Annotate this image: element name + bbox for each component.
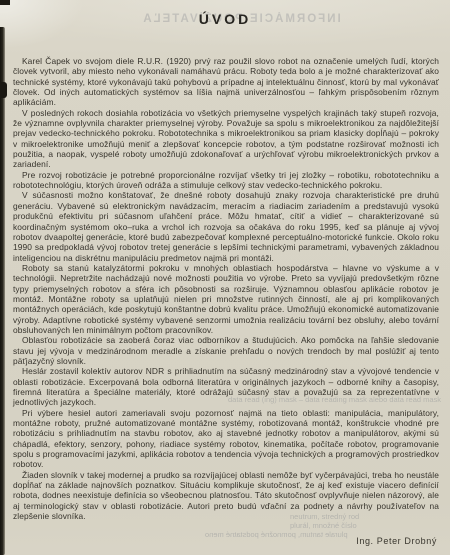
scanned-book-page: INFORMÁCIE POUŽÍVATEĽA ÚVOD Karel Čapek … [0, 0, 450, 555]
page-title: ÚVOD [0, 11, 450, 27]
author-signature: Ing. Peter Drobný [356, 536, 437, 546]
paragraph-second-generation: V súčasnosti možno konštatovať, že dnešn… [13, 190, 439, 262]
scan-left-edge [0, 27, 5, 555]
paragraph-entry-selection: Pri výbere hesiel autori zameriavali svo… [13, 408, 439, 470]
paragraph-robotization-growth: V posledných rokoch dosiahla robotizácia… [13, 108, 439, 170]
paragraph-three-components: Pre rozvoj robotizácie je potrebné propo… [13, 170, 439, 191]
scan-corner-mark [0, 0, 10, 5]
paragraph-ndr-authors: Heslár zostavil kolektív autorov NDR s p… [13, 366, 439, 407]
paragraph-dictionary-purpose: Oblasťou robotizácie sa zaoberá čoraz vi… [13, 335, 439, 366]
paragraph-capek-origin: Karel Čapek vo svojom diele R.U.R. (1920… [13, 56, 439, 108]
showthrough-line-plural: plurál, množné číslo [290, 521, 357, 530]
paragraph-closing-note: Žiaden slovník v takej modernej a prudko… [13, 470, 439, 522]
showthrough-line-plurale-tantum: plurale tantum, pomnožné podstatné meno [205, 530, 348, 539]
paragraph-catalysts-of-progress: Roboty sa stanú katalyzátormi pokroku v … [13, 263, 439, 335]
body-text: Karel Čapek vo svojom diele R.U.R. (1920… [13, 56, 439, 521]
